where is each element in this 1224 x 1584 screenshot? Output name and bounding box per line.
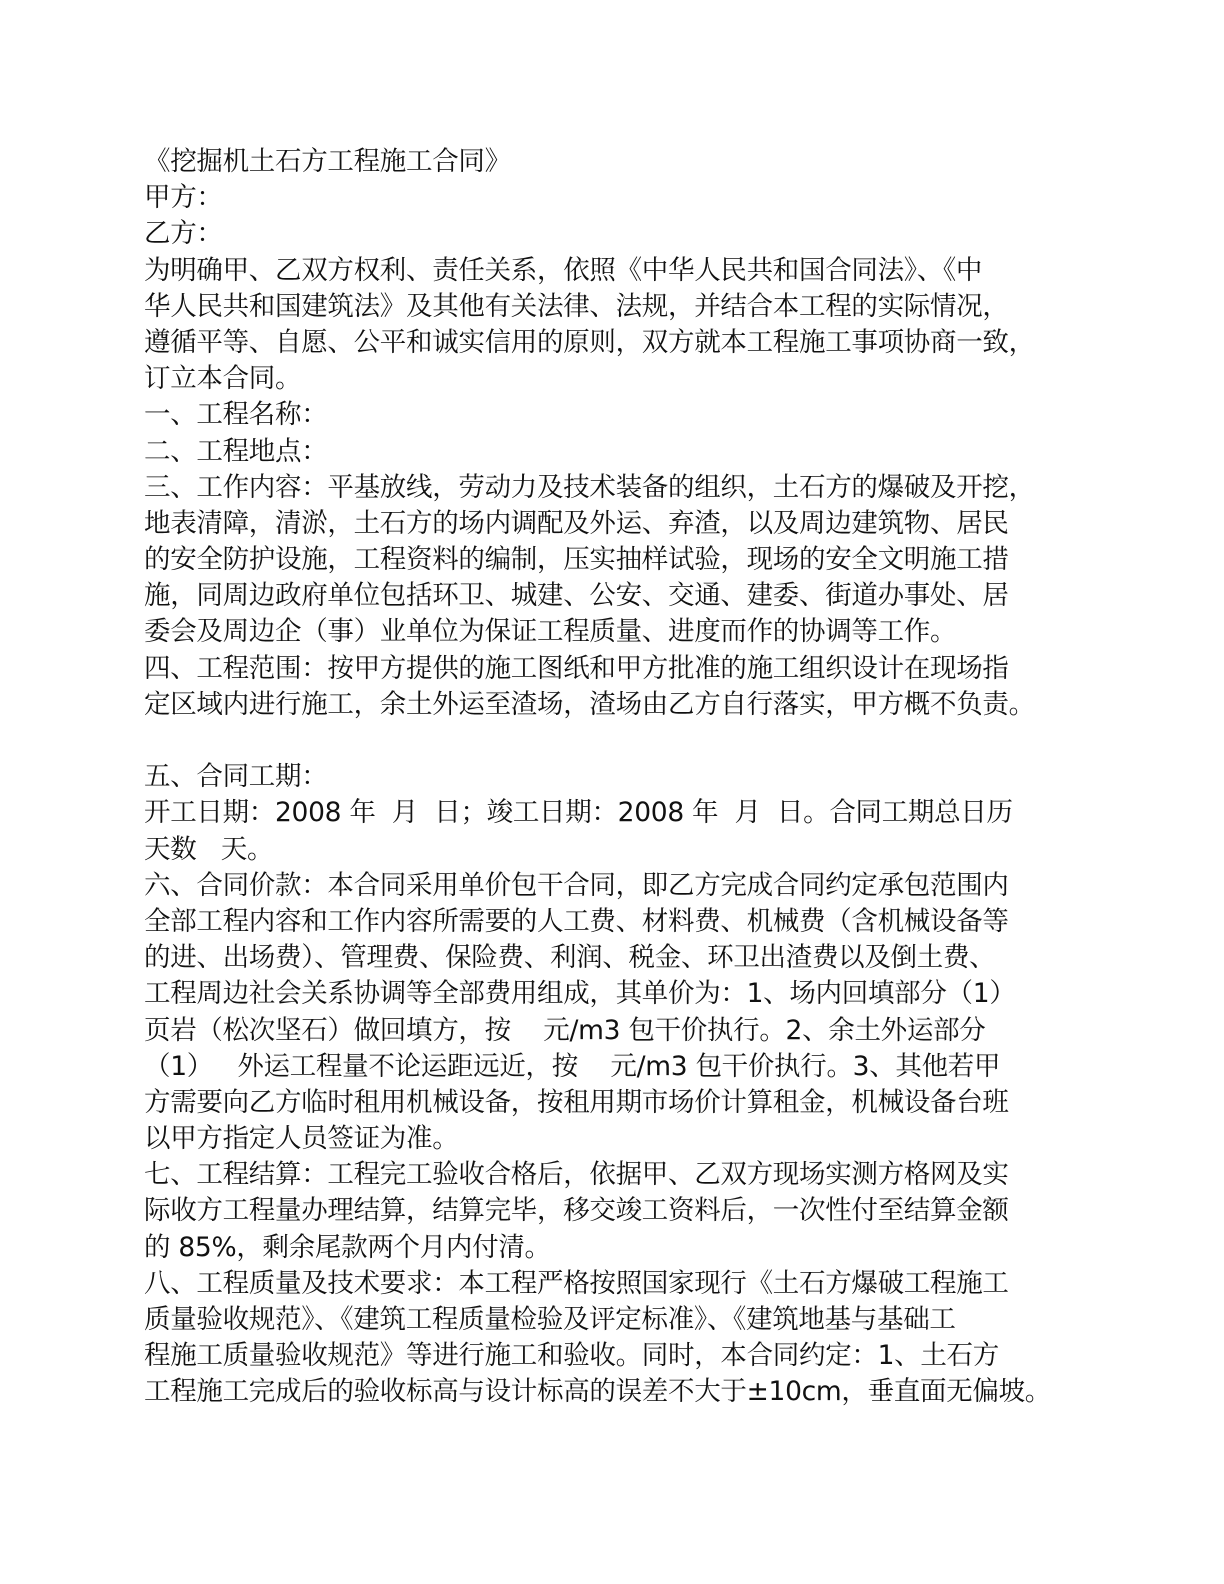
text-line: 天数 天。	[144, 832, 1084, 868]
text-line: 委会及周边企（事）业单位为保证工程质量、进度而作的协调等工作。	[144, 614, 1084, 650]
text-line: 地表清障，清淤，土石方的场内调配及外运、弃渣，以及周边建筑物、居民	[144, 506, 1084, 542]
text-line: 三、工作内容：平基放线，劳动力及技术装备的组织，土石方的爆破及开挖，	[144, 470, 1084, 506]
text-line: 的进、出场费）、管理费、保险费、利润、税金、环卫出渣费以及倒土费、	[144, 940, 1084, 976]
text-line: 工程施工完成后的验收标高与设计标高的误差不大于±10cm，垂直面无偏坡。	[144, 1374, 1084, 1410]
section-work-content: 三、工作内容：平基放线，劳动力及技术装备的组织，土石方的爆破及开挖， 地表清障，…	[144, 470, 1084, 651]
party-b-label: 乙方：	[144, 216, 1084, 252]
text-line: 定区域内进行施工，余土外运至渣场，渣场由乙方自行落实，甲方概不负责。	[144, 687, 1084, 723]
text-line: 以甲方指定人员签证为准。	[144, 1121, 1084, 1157]
section-project-name: 一、工程名称：	[144, 397, 1084, 433]
blank-line	[144, 723, 1084, 759]
section-heading: 二、工程地点：	[144, 434, 1084, 470]
preamble-paragraph: 为明确甲、乙双方权利、责任关系，依照《中华人民共和国合同法》、《中 华人民共和国…	[144, 253, 1084, 398]
text-line: 的 85%，剩余尾款两个月内付清。	[144, 1230, 1084, 1266]
text-line: 七、工程结算：工程完工验收合格后，依据甲、乙双方现场实测方格网及实	[144, 1157, 1084, 1193]
party-a-label: 甲方：	[144, 180, 1084, 216]
text-line: 为明确甲、乙双方权利、责任关系，依照《中华人民共和国合同法》、《中	[144, 253, 1084, 289]
text-line: 全部工程内容和工作内容所需要的人工费、材料费、机械费（含机械设备等	[144, 904, 1084, 940]
text-line: 八、工程质量及技术要求：本工程严格按照国家现行《土石方爆破工程施工	[144, 1266, 1084, 1302]
section-project-scope: 四、工程范围：按甲方提供的施工图纸和甲方批准的施工组织设计在现场指 定区域内进行…	[144, 651, 1084, 723]
section-quality-requirements: 八、工程质量及技术要求：本工程严格按照国家现行《土石方爆破工程施工 质量验收规范…	[144, 1266, 1084, 1411]
text-line: 遵循平等、自愿、公平和诚实信用的原则，双方就本工程施工事项协商一致，	[144, 325, 1084, 361]
document-title: 《挖掘机土石方工程施工合同》	[144, 144, 1084, 180]
text-line: 际收方工程量办理结算，结算完毕，移交竣工资料后，一次性付至结算金额	[144, 1193, 1084, 1229]
text-line: 六、合同价款：本合同采用单价包干合同，即乙方完成合同约定承包范围内	[144, 868, 1084, 904]
text-line: 订立本合同。	[144, 361, 1084, 397]
text-line: 的安全防护设施，工程资料的编制，压实抽样试验，现场的安全文明施工措	[144, 542, 1084, 578]
section-project-location: 二、工程地点：	[144, 434, 1084, 470]
text-line: 工程周边社会关系协调等全部费用组成，其单价为：1、场内回填部分（1）	[144, 976, 1084, 1012]
section-settlement: 七、工程结算：工程完工验收合格后，依据甲、乙双方现场实测方格网及实 际收方工程量…	[144, 1157, 1084, 1266]
text-line: （1） 外运工程量不论运距远近，按 元/m3 包干价执行。3、其他若甲	[144, 1049, 1084, 1085]
text-line: 方需要向乙方临时租用机械设备，按租用期市场价计算租金，机械设备台班	[144, 1085, 1084, 1121]
section-contract-price: 六、合同价款：本合同采用单价包干合同，即乙方完成合同约定承包范围内 全部工程内容…	[144, 868, 1084, 1158]
text-line: 质量验收规范》、《建筑工程质量检验及评定标准》、《建筑地基与基础工	[144, 1302, 1084, 1338]
text-line: 施，同周边政府单位包括环卫、城建、公安、交通、建委、街道办事处、居	[144, 578, 1084, 614]
text-line: 华人民共和国建筑法》及其他有关法律、法规，并结合本工程的实际情况，	[144, 289, 1084, 325]
document-page: 《挖掘机土石方工程施工合同》 甲方： 乙方： 为明确甲、乙双方权利、责任关系，依…	[144, 144, 1084, 1411]
text-line: 程施工质量验收规范》等进行施工和验收。同时，本合同约定：1、土石方	[144, 1338, 1084, 1374]
text-line: 页岩（松次坚石）做回填方，按 元/m3 包干价执行。2、余土外运部分	[144, 1013, 1084, 1049]
text-line: 开工日期：2008 年 月 日；竣工日期：2008 年 月 日。合同工期总日历	[144, 795, 1084, 831]
section-contract-period: 五、合同工期： 开工日期：2008 年 月 日；竣工日期：2008 年 月 日。…	[144, 759, 1084, 868]
section-heading: 五、合同工期：	[144, 759, 1084, 795]
text-line: 四、工程范围：按甲方提供的施工图纸和甲方批准的施工组织设计在现场指	[144, 651, 1084, 687]
section-heading: 一、工程名称：	[144, 397, 1084, 433]
